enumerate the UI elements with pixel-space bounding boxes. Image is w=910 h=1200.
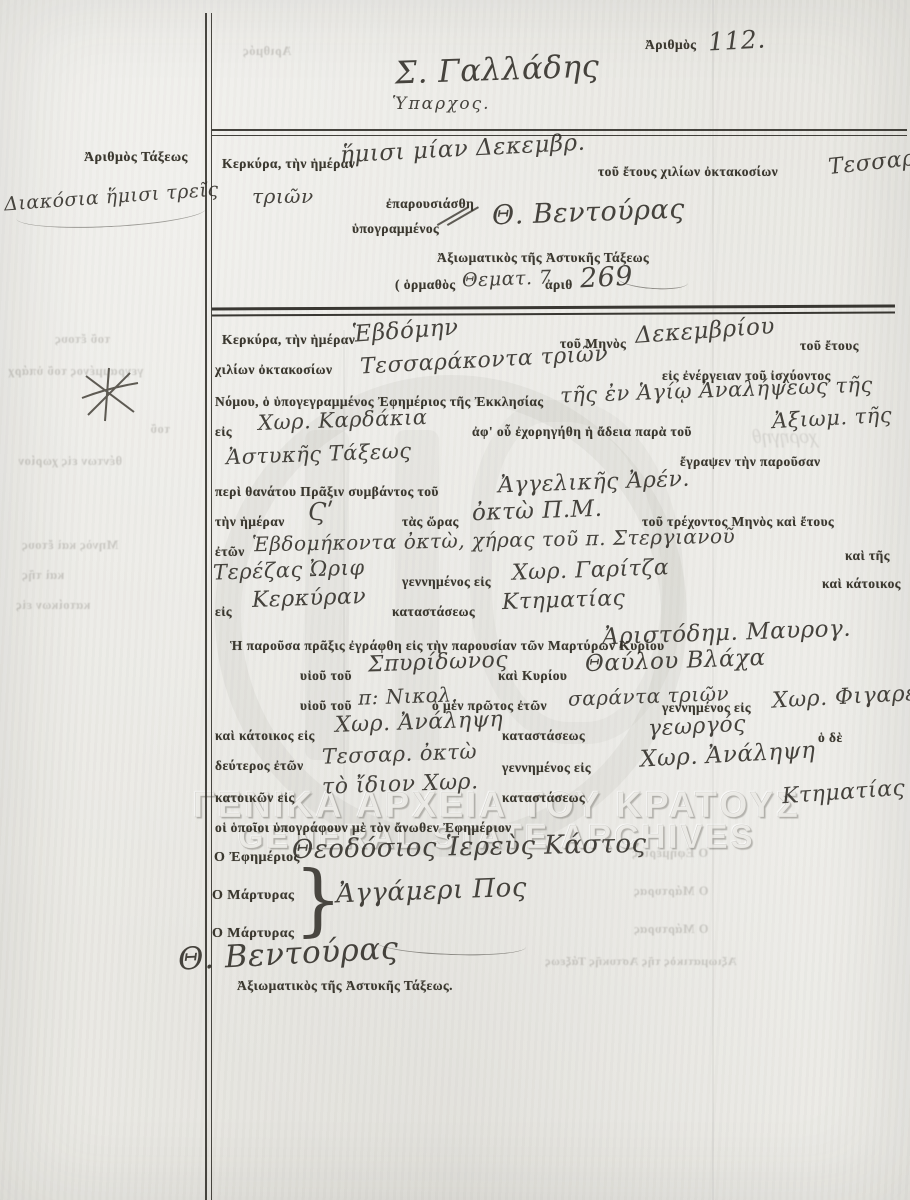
s1-undersigned-label: ὑπογραμμένος	[352, 221, 439, 237]
act-l1-day-hw: Ἑβδόμην	[351, 314, 459, 347]
act-l10-eis: εἰς	[215, 604, 232, 620]
bleed-left-1: τοῦ ἔτους	[55, 332, 110, 347]
order-number-label: Ἀριθμὸς Τάξεως	[84, 150, 188, 166]
bleed-left-4: θέντων εἰς χωρίον	[18, 454, 122, 469]
act-l7-hours-hw: ὀκτὼ Π.Μ.	[472, 496, 603, 527]
bleed-left-6: καὶ τῆς	[22, 568, 64, 583]
act-l9-born-label: γεννημένος εἰς	[402, 574, 491, 590]
act-l14-status-label: καταστάσεως	[502, 728, 585, 744]
s1-year-handwritten-2: τριῶν	[252, 184, 314, 208]
act-l7-hours-label: τὰς ὥρας	[402, 514, 459, 530]
s1-year-handwritten: Τεσσαράκοντα	[827, 137, 910, 180]
act-l14-status-hw: γεωργός	[647, 711, 746, 741]
act-l16-residing-label: κατοικῶν εἰς	[215, 790, 295, 806]
act-l15-second-age-label: δεύτερος ἐτῶν	[215, 758, 304, 774]
act-l4-eis: εἰς	[215, 424, 232, 440]
bleed-right-4: Ἀξιωματικὸς τῆς Ἀστυκῆς Τάξεως	[545, 954, 737, 969]
act-l4-permit: ἀφ' οὗ ἐχορηγήθη ἡ ἄδεια παρὰ τοῦ	[472, 424, 692, 440]
officer-title-bottom: Ἀξιωματικὸς τῆς Ἀστυκῆς Τάξεως.	[237, 978, 453, 994]
bleed-right-2: Ο Μάρτυρας	[634, 884, 709, 899]
record-number-label: Ἀριθμὸς	[645, 37, 696, 53]
witness-brace: }	[294, 861, 342, 939]
act-l1-month-hw: Δεκεμβρίου	[634, 313, 775, 349]
act-l12-witness2-hw: Θαύλου Βλάχα	[585, 645, 766, 677]
act-l16-status-hw: Κτηματίας	[781, 776, 906, 810]
act-l12-son-of: υἱοῦ τοῦ	[300, 668, 352, 684]
act-l2-year-printed: χιλίων ὀκτακοσίων	[215, 362, 332, 378]
act-l16-status-label: καταστάσεως	[502, 790, 585, 806]
s1-bundle-handwritten: Θεματ. 7	[462, 266, 552, 291]
bleed-top-arithmos: Ἀριθμός	[243, 44, 291, 59]
act-l9-resident-label: καὶ κάτοικος	[822, 576, 901, 592]
act-l12-father1-hw: Σπυρίδωνος	[368, 648, 509, 678]
bleed-left-2: γεγραμμένος τοῦ ὑπάρχ	[8, 364, 143, 379]
act-l3-church-hw: τῆς ἐν Ἁγίῳ Ἀναλήψεως τῆς	[560, 373, 874, 408]
s1-year-printed: τοῦ ἔτους χιλίων ὀκτακοσίων	[598, 164, 778, 180]
act-l13-birthplace-hw: Χωρ. Φιγαρέλα	[771, 679, 910, 713]
bleed-right-script: χορηγηθ	[752, 426, 818, 449]
act-l14-resident-label: καὶ κάτοικος εἰς	[215, 728, 315, 744]
paper-fold-line	[712, 0, 714, 1200]
s1-bundle-label: ( ὁρμαθὸς	[395, 277, 456, 293]
bleed-left-3: τοῦ	[150, 422, 170, 437]
bleed-right-3: Ο Μάρτυρας	[634, 922, 709, 937]
act-l14-the-second: ὁ δὲ	[818, 730, 843, 746]
s1-officer-signature: Θ. Βεντούρας	[492, 194, 686, 232]
form-section-divider-rule	[212, 305, 895, 317]
act-l10-residence-hw: Κερκύραν	[252, 584, 367, 613]
scanned-document-page: ΓΕΝΙΚΑ ΑΡΧΕΙΑ ΤΟΥ ΚΡΑΤΟΥΣ GENERAL STATE …	[0, 0, 910, 1200]
act-l15-birthplace-hw: Χωρ. Ἀνάληψη	[639, 737, 816, 772]
act-l10-status-hw: Κτηματίας	[502, 586, 626, 615]
act-l2-year-hw: Τεσσαράκοντα τριῶν	[360, 342, 609, 380]
act-l8-age-label: ἐτῶν	[215, 544, 245, 560]
priest-signature: Θεοδόσιος Ἱερεὺς Κάστος	[292, 829, 647, 865]
bleed-left-5: Μηνὸς καὶ ἔτους	[22, 538, 118, 553]
act-l7-day-hw: Ϛʹ	[308, 498, 334, 526]
act-l15-born-label: γεννημένος εἰς	[502, 760, 591, 776]
prefect-signature: Σ. Γαλλάδης	[394, 48, 600, 91]
s1-place-day: Κερκύρα, τὴν ἡμέραν	[222, 156, 355, 172]
priest-label: Ο Ἐφημέριος	[214, 850, 300, 866]
witness1-label: Ο Μάρτυρας	[212, 888, 294, 904]
s1-bundle-num-label: ἀριθ	[545, 277, 573, 293]
act-l8-and-of: καὶ τῆς	[845, 548, 890, 564]
act-l1-year-label: τοῦ ἔτους	[800, 338, 859, 354]
bleed-right-1: Ο Εφημέριος	[632, 846, 708, 861]
act-l7-day-label: τὴν ἡμέραν	[215, 514, 285, 530]
act-l1-place: Κερκύρα, τὴν ἡμέραν	[222, 332, 355, 348]
act-l5-wrote: ἔγραψεν τὴν παροῦσαν	[680, 454, 820, 470]
act-l12-and-mr: καὶ Κυρίου	[498, 668, 567, 684]
witness1-signature: Ἀγγάμερι Πος	[336, 873, 528, 910]
act-l10-status-label: καταστάσεως	[392, 604, 475, 620]
bleed-left-7: κατοίκων εἰς	[16, 598, 90, 613]
record-number-value: 112.	[707, 25, 766, 57]
prefect-title: Ὑπαρχος.	[392, 94, 491, 114]
